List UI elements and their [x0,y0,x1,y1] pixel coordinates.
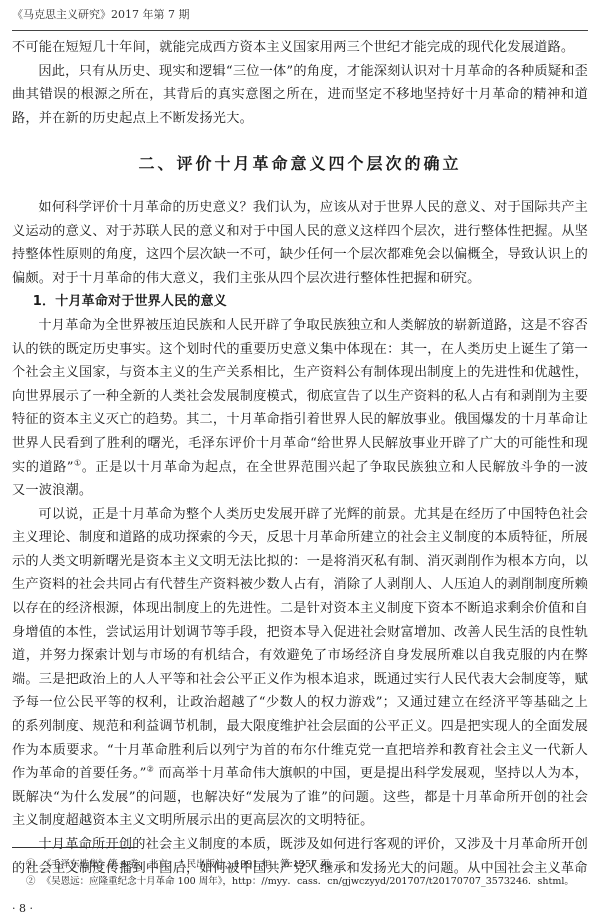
footnote-rule [12,847,137,848]
article-body: 不可能在短短几十年间，就能完成西方资本主义国家用两三个世纪才能完成的现代化发展道… [12,36,588,880]
paragraph-text: 十月革命为全世界被压迫民族和人民开辟了争取民族独立和人类解放的崭新道路，这是不容… [12,318,588,475]
paragraph: 如何科学评价十月革命的历史意义？我们认为，应该从对于世界人民的意义、对于国际共产… [12,196,588,290]
paragraph: 十月革命为全世界被压迫民族和人民开辟了争取民族独立和人类解放的崭新道路，这是不容… [12,314,588,503]
header-rule [12,30,588,31]
footnote-text: 《毛泽东选集》第 4 卷，北京：人民出版社，1991 年，第 1357 页。 [42,859,340,870]
footnote-ref-2[interactable]: ② [147,765,154,774]
section-title: 二、评价十月革命意义四个层次的确立 [12,152,588,176]
paragraph-text: 可以说，正是十月革命为整个人类历史发展开辟了光辉的前景。尤其是在经历了中国特色社… [12,507,588,782]
subsection-title: 1．十月革命对于世界人民的意义 [12,290,588,314]
paragraph-text: 。正是以十月革命为起点，在全世界范围兴起了争取民族独立和人民解放斗争的一波又一波… [12,460,588,499]
footnote-mark: ② [26,876,36,887]
footnote-1: ① 《毛泽东选集》第 4 卷，北京：人民出版社，1991 年，第 1357 页。 [26,856,586,873]
footnote-ref-1[interactable]: ① [74,458,82,467]
footnote-2: ② 《吴恩远：应隆重纪念十月革命 100 周年》，http：//myy．cass… [26,873,586,890]
page-number: · 8 · [12,902,33,915]
paragraph: 因此，只有从历史、现实和逻辑“三位一体”的角度，才能深刻认识对十月革命的各种质疑… [12,60,588,131]
journal-header: 《马克思主义研究》2017 年第 7 期 [12,6,588,22]
paragraph-continued: 不可能在短短几十年间，就能完成西方资本主义国家用两三个世纪才能完成的现代化发展道… [12,36,588,60]
paragraph: 可以说，正是十月革命为整个人类历史发展开辟了光辉的前景。尤其是在经历了中国特色社… [12,503,588,833]
footnotes: ① 《毛泽东选集》第 4 卷，北京：人民出版社，1991 年，第 1357 页。… [26,856,586,890]
footnote-text[interactable]: 《吴恩远：应隆重纪念十月革命 100 周年》，http：//myy．cass．c… [42,876,574,887]
footnote-mark: ① [26,859,36,870]
